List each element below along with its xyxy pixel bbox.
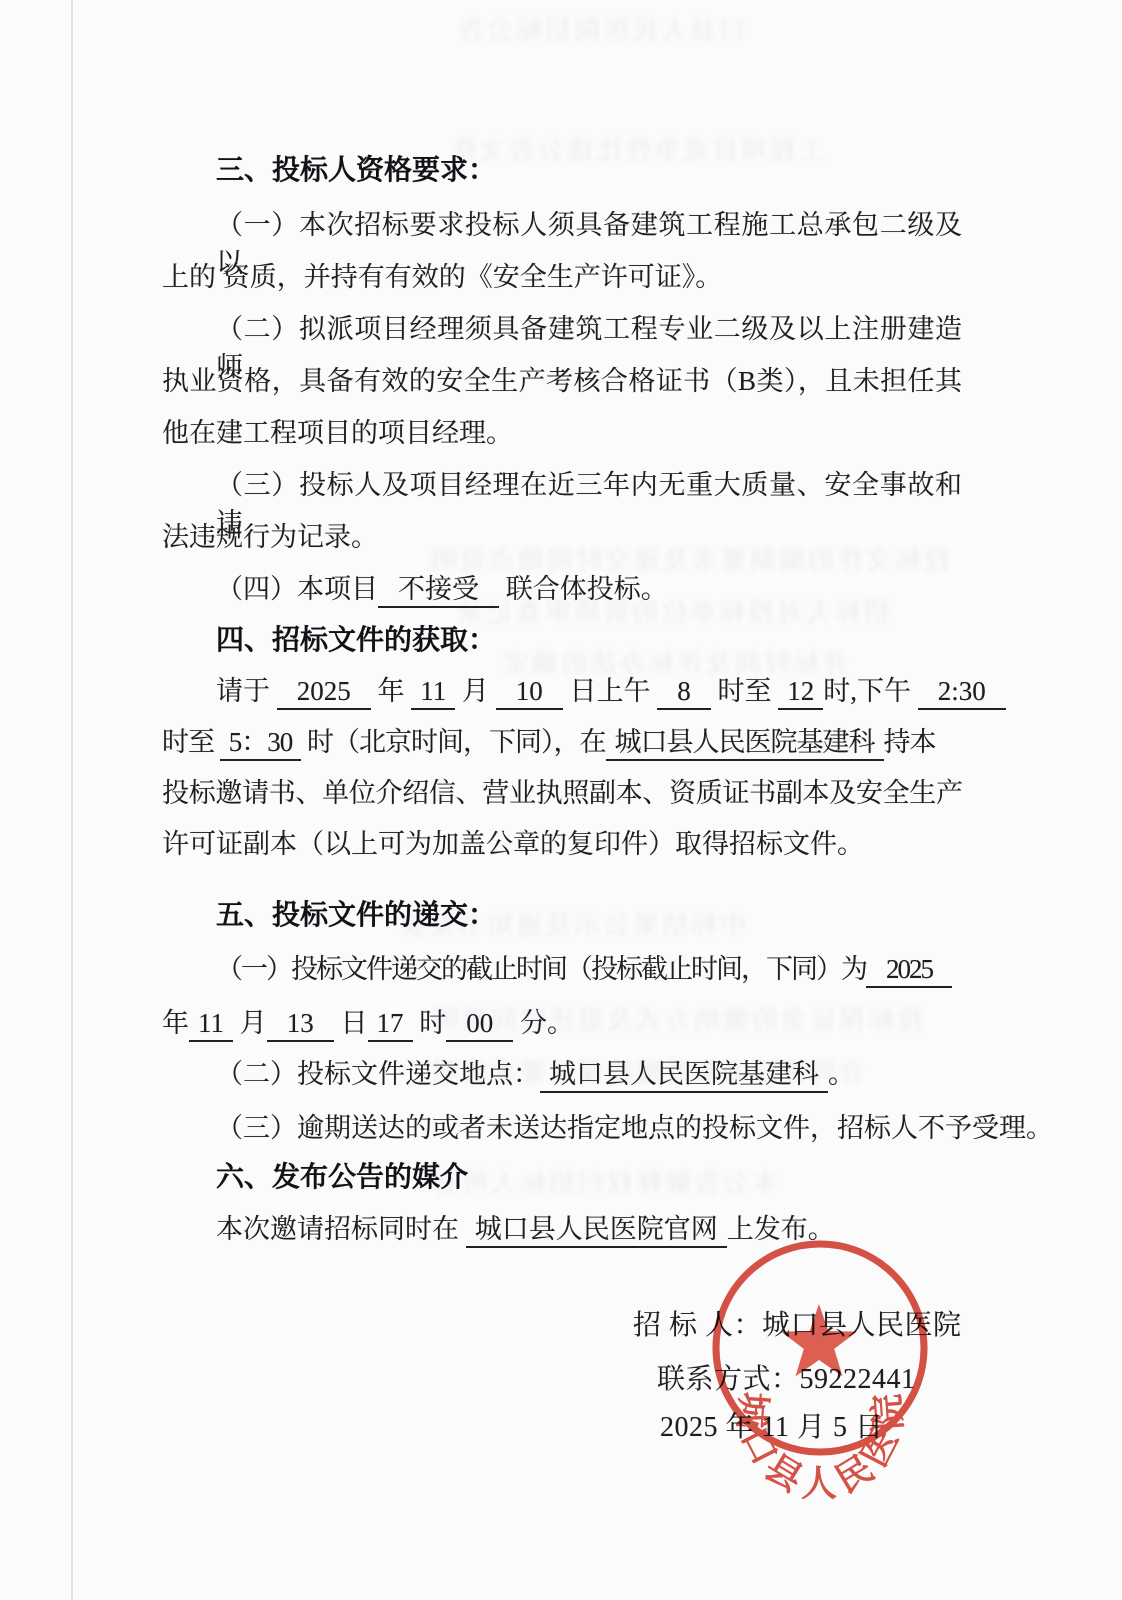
svg-text:城口县人民医院: 城口县人民医院	[731, 1391, 909, 1504]
text-segment: （二）投标文件递交地点：	[216, 1059, 540, 1089]
text-segment: 。	[828, 1059, 855, 1089]
text-segment: 他在建工程项目的项目经理。	[162, 418, 513, 448]
filled-blank: 不接受	[378, 574, 499, 608]
text-segment: 联合体投标。	[499, 574, 668, 604]
filled-blank: 2025	[277, 676, 371, 710]
text-segment: 年	[162, 1008, 189, 1038]
filled-blank: 8	[657, 676, 711, 710]
filled-blank: 10	[496, 676, 563, 710]
text-segment: 日上午	[563, 676, 658, 706]
text-segment: 五、投标文件的递交：	[216, 900, 496, 931]
text-segment: 法违规行为记录。	[162, 522, 378, 552]
text-line: 投标邀请书、单位介绍信、营业执照副本、资质证书副本及安全生产	[162, 774, 962, 812]
filled-blank: 00	[446, 1008, 513, 1042]
filled-blank: 城口县人民医院基建科	[606, 727, 884, 761]
text-segment: 分。	[513, 1008, 574, 1038]
text-segment: 时	[413, 1008, 447, 1038]
text-line: （四）本项目不接受 联合体投标。	[162, 570, 668, 608]
text-segment: 月	[233, 1008, 267, 1038]
text-segment: 日	[334, 1008, 368, 1038]
section-heading: 六、发布公告的媒介	[162, 1159, 962, 1197]
text-line: 法违规行为记录。	[162, 518, 962, 556]
filled-blank: 12	[778, 676, 823, 710]
bleed-through-text: 口县人民医院招标公告	[455, 10, 745, 47]
filled-blank: 11	[189, 1008, 233, 1042]
filled-blank: 城口县人民医院官网	[466, 1214, 727, 1248]
text-segment: 时至	[162, 727, 220, 757]
footer-line: 联系方式：59222441	[657, 1362, 916, 1398]
text-line: 请于 2025 年 11 月 10 日上午 8 时至 12时,下午 2:30	[162, 672, 1006, 710]
text-line: 执业资格，具备有效的安全生产考核合格证书（B类），且未担任其	[162, 362, 962, 400]
text-line: 时至 5：30 时（北京时间，下同），在城口县人民医院基建科持本	[162, 723, 936, 761]
text-segment: 年	[371, 676, 412, 706]
text-segment: 持本	[884, 727, 936, 757]
text-segment: （三）逾期送达的或者未送达指定地点的投标文件，招标人不予受理。	[216, 1113, 1053, 1143]
filled-blank: 2025	[866, 954, 952, 988]
text-segment: 四、招标文件的获取：	[216, 625, 496, 656]
section-heading: 三、投标人资格要求：	[162, 152, 962, 190]
text-segment: 上的 资质，并持有有效的《安全生产许可证》。	[162, 262, 722, 292]
text-segment: （四）本项目	[216, 574, 378, 604]
filled-blank: 2:30	[918, 676, 1006, 710]
text-segment: 六、发布公告的媒介	[216, 1162, 468, 1193]
text-segment: 上发布。	[727, 1214, 835, 1244]
text-segment: （一）投标文件递交的截止时间（投标截止时间，下同）为	[216, 954, 866, 984]
text-line: （一）投标文件递交的截止时间（投标截止时间，下同）为2025	[162, 950, 952, 988]
footer-line: 招 标 人：城口县人民医院	[633, 1308, 962, 1344]
text-line: 上的 资质，并持有有效的《安全生产许可证》。	[162, 258, 962, 296]
filled-blank: 13	[267, 1008, 334, 1042]
text-line: 许可证副本（以上可为加盖公章的复印件）取得招标文件。	[162, 825, 962, 863]
text-segment: 许可证副本（以上可为加盖公章的复印件）取得招标文件。	[162, 829, 864, 859]
seal-text: 城口县人民医院	[731, 1391, 909, 1504]
text-segment: 请于	[216, 676, 277, 706]
text-segment: 执业资格，具备有效的安全生产考核合格证书（B类），且未担任其	[162, 366, 962, 396]
filled-blank: 城口县人民医院基建科	[540, 1059, 828, 1093]
section-heading: 四、招标文件的获取：	[162, 622, 962, 660]
text-segment: 本次邀请招标同时在	[216, 1214, 466, 1244]
filled-blank: 11	[411, 676, 455, 710]
text-segment: 时至	[711, 676, 779, 706]
text-line: （二）投标文件递交地点：城口县人民医院基建科。	[162, 1055, 855, 1093]
text-segment: 时（北京时间，下同），在	[301, 727, 605, 757]
section-heading: 五、投标文件的递交：	[162, 897, 962, 935]
footer-line: 2025 年 11 月 5 日	[660, 1410, 883, 1446]
filled-blank: 5：30	[220, 727, 302, 761]
text-segment: 月	[455, 676, 496, 706]
text-segment: 三、投标人资格要求：	[216, 155, 496, 186]
text-line: 他在建工程项目的项目经理。	[162, 414, 962, 452]
text-line: 本次邀请招标同时在 城口县人民医院官网上发布。	[162, 1210, 835, 1248]
text-segment: 时,下午	[823, 676, 918, 706]
text-line: 年11 月13 日17 时00 分。	[162, 1004, 574, 1042]
text-line: （三）逾期送达的或者未送达指定地点的投标文件，招标人不予受理。	[162, 1109, 1053, 1147]
document-page: 口县人民医院招标公告工程项目竞争性比选公告文件投标文件的编制要求及递交时间地点说…	[0, 0, 1122, 1600]
text-segment: 投标邀请书、单位介绍信、营业执照副本、资质证书副本及安全生产	[162, 778, 962, 808]
filled-blank: 17	[368, 1008, 413, 1042]
scanner-edge-line	[71, 0, 73, 1600]
